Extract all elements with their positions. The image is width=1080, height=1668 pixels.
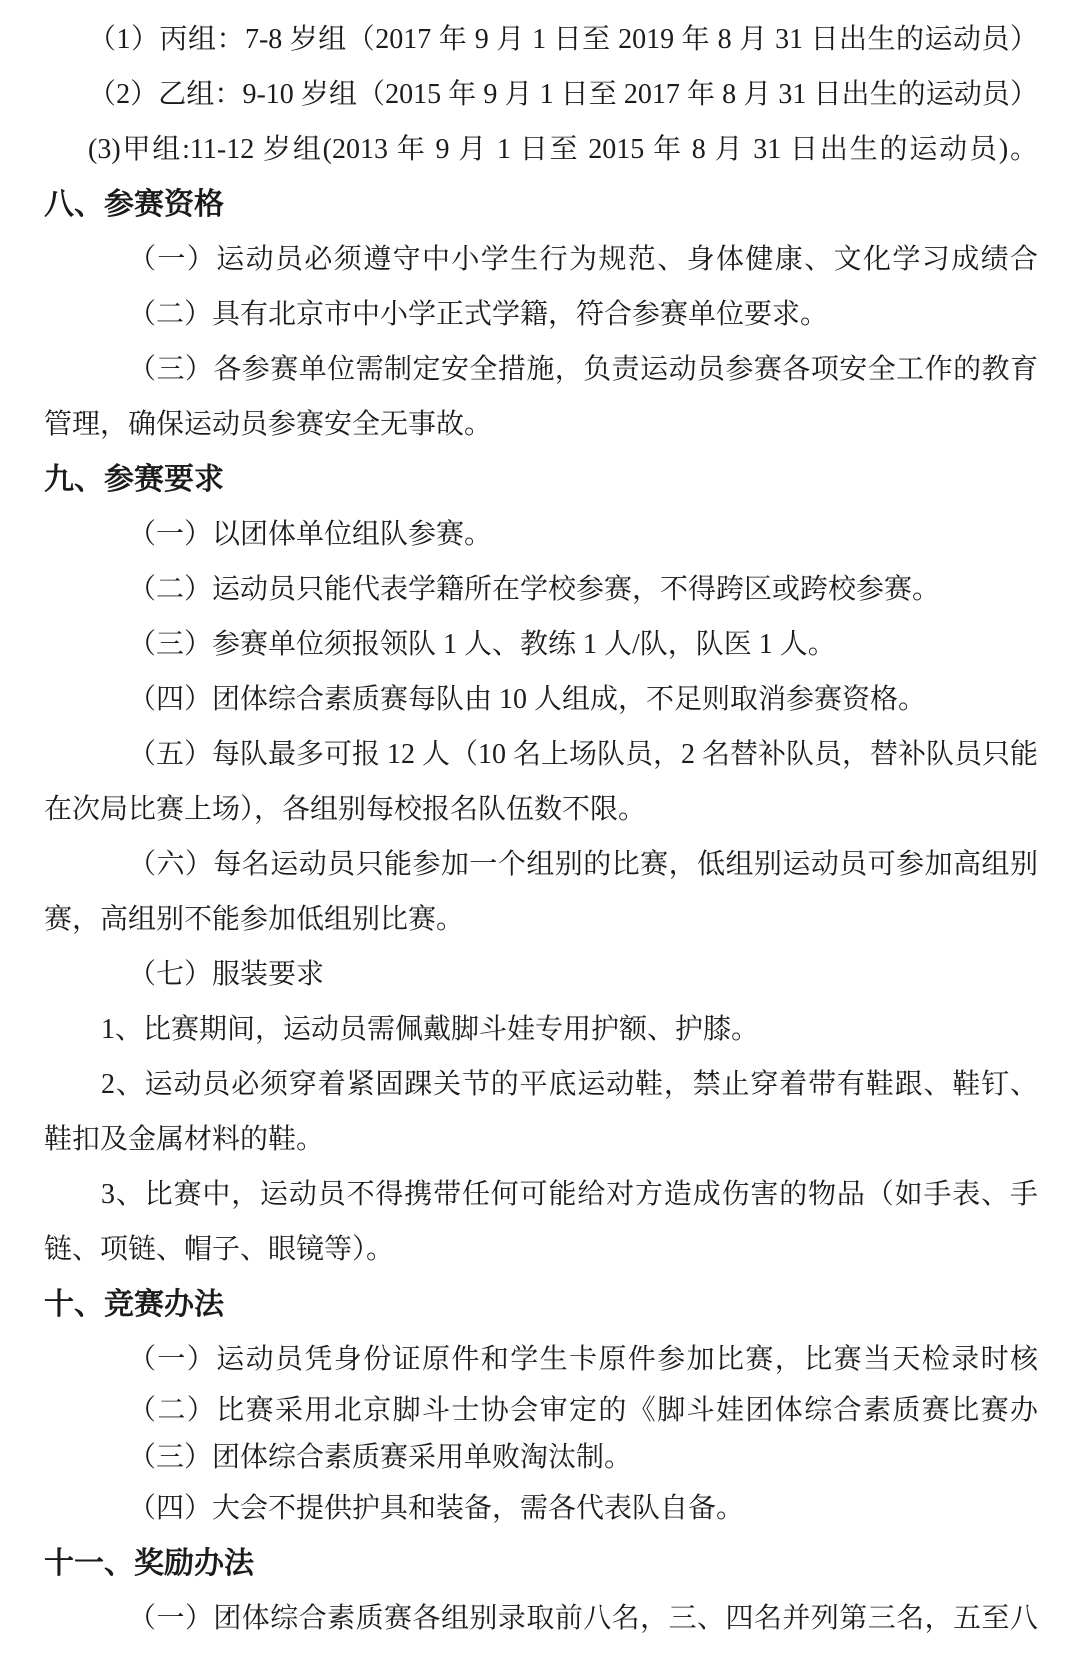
doc-text-line: （三）团体综合素质赛采用单败淘汰制。 <box>44 1434 1038 1481</box>
doc-text-line: （一）以团体单位组队参赛。 <box>44 507 1038 562</box>
doc-text-line: 管理，确保运动员参赛安全无事故。 <box>44 397 1038 452</box>
doc-text-line: （四）团体综合素质赛每队由 10 人组成，不足则取消参赛资格。 <box>44 672 1038 727</box>
doc-text-line: （二）运动员只能代表学籍所在学校参赛，不得跨区或跨校参赛。 <box>44 562 1038 617</box>
doc-text-line: 在次局比赛上场），各组别每校报名队伍数不限。 <box>44 782 1038 837</box>
doc-text-line: 鞋扣及金属材料的鞋。 <box>44 1112 1038 1167</box>
doc-text-line: （一）团体综合素质赛各组别录取前八名，三、四名并列第三名，五至八名 <box>44 1591 1038 1646</box>
doc-heading-line: 十一、奖励办法 <box>44 1536 1038 1591</box>
doc-heading-line: 九、参赛要求 <box>44 452 1038 507</box>
doc-text-line: （一）运动员必须遵守中小学生行为规范、身体健康、文化学习成绩合格。 <box>44 232 1038 287</box>
doc-text-line: （五）每队最多可报 12 人（10 名上场队员，2 名替补队员，替补队员只能 <box>44 727 1038 782</box>
doc-text-line: 2、运动员必须穿着紧固踝关节的平底运动鞋，禁止穿着带有鞋跟、鞋钉、 <box>44 1057 1038 1112</box>
doc-text-line: 赛，高组别不能参加低组别比赛。 <box>44 892 1038 947</box>
doc-text-line: （三）各参赛单位需制定安全措施，负责运动员参赛各项安全工作的教育和 <box>44 342 1038 397</box>
doc-text-line: （七）服装要求 <box>44 947 1038 1002</box>
doc-text-line: 链、项链、帽子、眼镜等）。 <box>44 1222 1038 1277</box>
doc-text-line: （二）比赛采用北京脚斗士协会审定的《脚斗娃团体综合素质赛比赛办法》。 <box>44 1387 1038 1434</box>
document-page: （1）丙组：7-8 岁组（2017 年 9 月 1 日至 2019 年 8 月 … <box>0 0 1080 1668</box>
doc-heading-line: 八、参赛资格 <box>44 177 1038 232</box>
doc-text-line: （六）每名运动员只能参加一个组别的比赛，低组别运动员可参加高组别比 <box>44 837 1038 892</box>
doc-text-line: （1）丙组：7-8 岁组（2017 年 9 月 1 日至 2019 年 8 月 … <box>44 12 1038 67</box>
doc-text-line: （2）乙组：9-10 岁组（2015 年 9 月 1 日至 2017 年 8 月… <box>44 67 1038 122</box>
doc-text-line: （一）运动员凭身份证原件和学生卡原件参加比赛，比赛当天检录时核验。 <box>44 1332 1038 1387</box>
doc-text-line: （二）具有北京市中小学正式学籍，符合参赛单位要求。 <box>44 287 1038 342</box>
document-body: （1）丙组：7-8 岁组（2017 年 9 月 1 日至 2019 年 8 月 … <box>44 12 1038 1646</box>
doc-text-line: （三）参赛单位须报领队 1 人、教练 1 人/队，队医 1 人。 <box>44 617 1038 672</box>
doc-text-line: （四）大会不提供护具和装备，需各代表队自备。 <box>44 1481 1038 1536</box>
doc-text-line: 1、比赛期间，运动员需佩戴脚斗娃专用护额、护膝。 <box>44 1002 1038 1057</box>
doc-text-line: (3)甲组:11-12 岁组(2013 年 9 月 1 日至 2015 年 8 … <box>44 122 1038 177</box>
doc-heading-line: 十、竞赛办法 <box>44 1277 1038 1332</box>
doc-text-line: 3、比赛中，运动员不得携带任何可能给对方造成伤害的物品（如手表、手 <box>44 1167 1038 1222</box>
